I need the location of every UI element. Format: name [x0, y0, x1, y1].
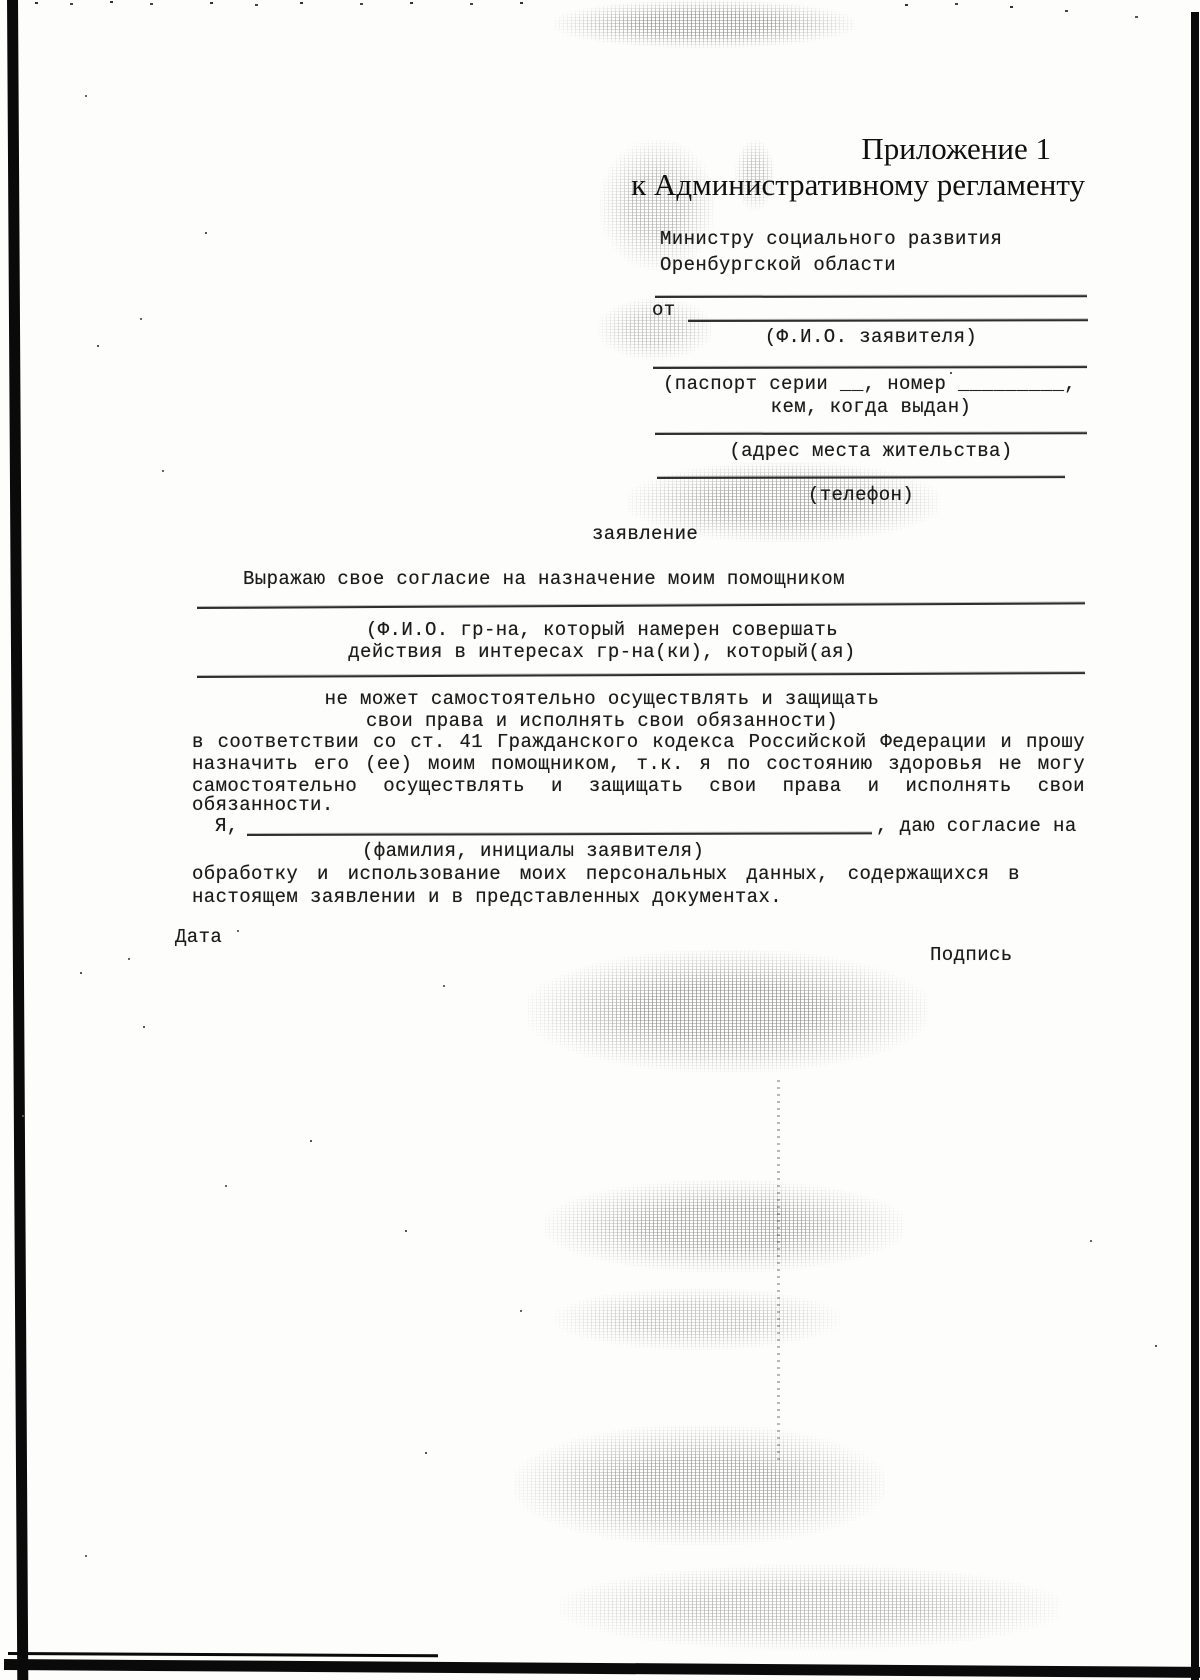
date-label: Дата [175, 926, 222, 948]
fill-line-address [655, 432, 1087, 435]
consent-prefix: Я, [215, 815, 239, 837]
addressee-line-1: Министру социального развития [660, 228, 1002, 250]
fill-line-top [655, 295, 1087, 298]
scan-bottom-edge-bar [4, 1659, 1200, 1678]
document-title: заявление [592, 523, 698, 545]
ward-caption-line-1: не может самостоятельно осуществлять и з… [192, 688, 1012, 710]
scan-left-edge-bar [7, 0, 28, 1680]
from-label: от [652, 299, 676, 321]
appendix-line-1: Приложение 1 [500, 131, 1085, 167]
helper-caption-line-1: (Ф.И.О. гр-на, который намерен совершать [192, 619, 1012, 641]
address-caption: (адрес места жительства) [655, 440, 1087, 462]
scan-specks [0, 0, 2, 2]
helper-caption-line-2: действия в интересах гр-на(ки), который(… [192, 641, 1012, 663]
fill-line-consent-name [247, 832, 872, 836]
scan-bottom-thin-line [8, 1652, 438, 1657]
body-paragraph-line-1: в соответствии со ст. 41 Гражданского ко… [192, 731, 1085, 753]
scan-right-edge-bar [1191, 12, 1199, 1680]
scan-noise-band [528, 950, 928, 1072]
fio-caption: (Ф.И.О. заявителя) [655, 326, 1087, 348]
consent-caption: (фамилия, инициалы заявителя) [362, 840, 704, 862]
scan-noise-band [555, 1288, 840, 1350]
fill-line-helper [197, 602, 1085, 609]
scan-noise-band [515, 1425, 885, 1545]
fill-line-fio [688, 319, 1088, 322]
scan-noise-band [555, 0, 855, 48]
fill-line-ward [197, 672, 1085, 678]
passport-caption-line-1: (паспорт серии __, номер _________, [663, 373, 1076, 395]
body-paragraph-line-2: назначить его (ее) моим помощником, т.к.… [192, 753, 1085, 775]
ward-caption-line-2: свои права и исполнять свои обязанности) [192, 710, 1012, 732]
consent-line-2: настоящем заявлении и в представленных д… [192, 886, 782, 908]
passport-caption-line-2: кем, когда выдан) [655, 396, 1087, 418]
appendix-header: Приложение 1 к Административному регламе… [500, 131, 1085, 203]
scan-vertical-streak [777, 1080, 780, 1460]
fill-line-passport [653, 366, 1087, 369]
phone-caption: (телефон) [655, 484, 1067, 506]
addressee-line-2: Оренбургской области [660, 254, 896, 276]
appendix-line-2: к Административному регламенту [500, 167, 1085, 203]
scan-noise-band [545, 1180, 905, 1272]
consent-suffix: , даю согласие на [876, 815, 1077, 837]
signature-label: Подпись [930, 944, 1013, 966]
fill-line-phone [657, 476, 1065, 479]
consent-line-1: обработку и использование моих персональ… [192, 863, 1020, 885]
scan-noise-band [560, 1565, 1060, 1650]
intro-sentence: Выражаю свое согласие на назначение моим… [243, 568, 845, 590]
scanned-application-page: Приложение 1 к Административному регламе… [0, 0, 1200, 1680]
body-paragraph-line-4: обязанности. [192, 794, 334, 816]
